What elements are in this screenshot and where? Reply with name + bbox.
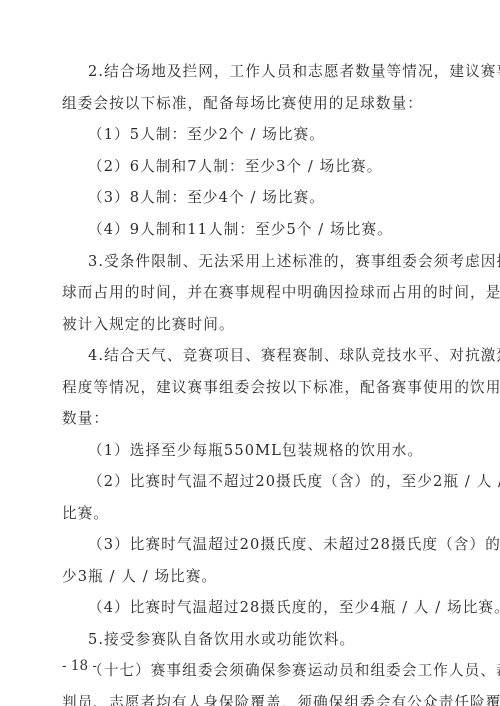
list-item-8-a-side: （3）8人制：至少4个 / 场比赛。 — [88, 188, 454, 208]
paragraph-ball-retrieval: 3.受条件限制、无法采用上述标准的，赛事组委会须考虑因捡 — [88, 252, 454, 272]
list-item-9-11-a-side: （4）9人制和11人制：至少5个 / 场比赛。 — [88, 220, 454, 240]
paragraph-ball-retrieval-cont-1: 球而占用的时间，并在赛事规程中明确因捡球而占用的时间，是否 — [62, 283, 454, 303]
paragraph-ball-standard-intro: 2.结合场地及拦网，工作人员和志愿者数量等情况，建议赛事 — [88, 62, 454, 82]
paragraph-insurance: （十七）赛事组委会须确保参赛运动员和组委会工作人员、裁 — [88, 661, 454, 681]
paragraph-water-standard-intro-cont-1: 程度等情况，建议赛事组委会按以下标准，配备赛事使用的饮用水 — [62, 378, 454, 398]
paragraph-ball-standard-intro-cont: 组委会按以下标准，配备每场比赛使用的足球数量： — [62, 94, 454, 114]
paragraph-water-standard-intro: 4.结合天气、竞赛项目、赛程赛制、球队竞技水平、对抗激烈 — [88, 346, 454, 366]
list-item-temp-below-20: （2）比赛时气温不超过20摄氏度（含）的，至少2瓶 / 人 / 场 — [88, 472, 454, 492]
list-item-temp-20-28-cont: 少3瓶 / 人 / 场比赛。 — [62, 567, 454, 587]
list-item-5-a-side: （1）5人制：至少2个 / 场比赛。 — [88, 125, 454, 145]
list-item-bottle-size: （1）选择至少每瓶550ML包装规格的饮用水。 — [88, 441, 454, 461]
list-item-temp-below-20-cont: 比赛。 — [62, 504, 454, 524]
list-item-temp-20-28: （3）比赛时气温超过20摄氏度、未超过28摄氏度（含）的，至 — [88, 535, 454, 555]
paragraph-ball-retrieval-cont-2: 被计入规定的比赛时间。 — [62, 315, 454, 335]
paragraph-water-standard-intro-cont-2: 数量： — [62, 409, 454, 429]
paragraph-insurance-cont: 判员、志愿者均有人身保险覆盖，须确保组委会有公众责任险覆盖。 — [62, 693, 454, 706]
page-number: - 18 - — [62, 656, 97, 676]
paragraph-own-drinks: 5.接受参赛队自备饮用水或功能饮料。 — [88, 630, 454, 650]
list-item-6-7-a-side: （2）6人制和7人制：至少3个 / 场比赛。 — [88, 157, 454, 177]
document-page: 2.结合场地及拦网，工作人员和志愿者数量等情况，建议赛事 组委会按以下标准，配备… — [0, 0, 500, 706]
list-item-temp-above-28: （4）比赛时气温超过28摄氏度的，至少4瓶 / 人 / 场比赛。 — [88, 598, 454, 618]
